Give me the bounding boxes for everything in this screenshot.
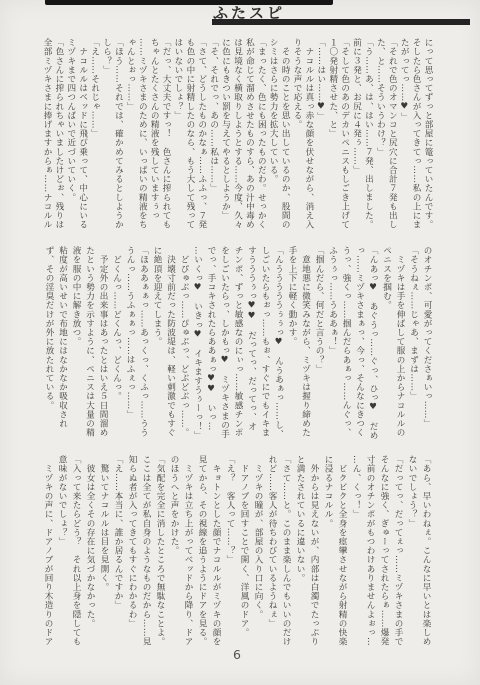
text-column: 「んうううううぅぅっ♥ んうあぁっ……し、 <box>271 246 285 443</box>
text-column: ず、その淫臭だけが外に放たれている。 <box>42 246 56 443</box>
text-column: 「そして色のあのデカいペニスもしごき上げて <box>338 38 350 238</box>
text-column: 「そうねぇ……じゃあ、まずは……」 <box>406 246 420 443</box>
text-column: に浸るナコルル。 <box>321 455 335 651</box>
text-column: ナコルルは真っ赤な顔を伏せながら、消え入 <box>302 38 314 238</box>
text-column: 「まったく、色にも困ったものだわ。せっかく <box>254 38 266 238</box>
text-column: ……ミヅキさまのために、いっぱいの精液をち <box>135 38 147 238</box>
text-column: ビクビクと全身を痙攣させながら射精の快楽 <box>335 455 349 651</box>
text-column: ミヅキの瞳が、部屋の入り口に向く。 <box>251 455 265 651</box>
text-column: 予定外の出来事はあったとはいえ５日間溜め <box>96 246 110 443</box>
text-column: たがってっ……♥」 <box>397 38 409 238</box>
text-column: 「ほああぁぁっ……あっくっ、くふっ……うう <box>136 246 150 443</box>
text-column: に色にもきつい罰を与えてやるとしようか」 <box>219 38 231 238</box>
text-column: ミヅキの声に、ドアノブが回り木造りのドア <box>41 455 55 651</box>
text-column: も色の中に射精したのなら、もう大して残って <box>183 38 195 238</box>
text-column: 外からは見えないが、内部は白濁でたっぷり <box>307 455 321 651</box>
text-column: 「掴んだら、何だと言うの？」 <box>312 246 326 443</box>
text-column: 前に３発と、お尻に４発ぅ……」 <box>350 38 362 238</box>
text-column: のオチンポ、可愛がってくださぁいっ……」 <box>420 246 434 443</box>
text-column: 私が命じて溜めさせたものすら、あの汁中毒め <box>243 38 255 238</box>
text-column: ちゃんとたくさんの精液を残していますぅっ <box>147 38 159 238</box>
text-column: 液を服の中に解き放つ。 <box>69 246 83 443</box>
text-column: たという勢力を示すように、ペニスは大量の精 <box>82 246 96 443</box>
text-column: ミヅキは立ち上がってベッドから降り、ドア <box>181 455 195 651</box>
text-column: 「入って来たらどう？ それ以上身を隠しても <box>69 455 83 651</box>
title-underline-bar <box>212 19 470 25</box>
text-column: 「だってっ、だってぇっ……ミヅキさまの手で <box>391 455 405 651</box>
text-column: りそうな声で応える。 <box>290 38 302 238</box>
text-column: た、と……そういうわけ？」 <box>373 38 385 238</box>
text-column: れど……客人が待ちわびているようねぇ」 <box>265 455 279 651</box>
text-column: …いくっ♥ いきっ♥ イキますうぅーっ！」 <box>190 246 204 443</box>
text-column: はいないでしょ？」 <box>171 38 183 238</box>
text-column: 粘度が高いせいで布地にはなかなか吸収され <box>55 246 69 443</box>
text-column: 「え？ 客人って……？」 <box>223 455 237 651</box>
text-column: 手を上下に軽く動かす。 <box>285 246 299 443</box>
text-column: そんなに強く、ぎゅーってされたらぁ……爆発 <box>377 455 391 651</box>
text-column: キョトンとした顔でナコルルがミヅキの顔を <box>209 455 223 651</box>
text-column: 「んあっ♥ あぐうっ……ぐっ、ひっ♥ だめ <box>366 246 380 443</box>
text-column: 意味がないでしょ？」 <box>55 455 69 651</box>
text-column: をしごいたらっ、しかもっ♥ ミヅキさまの手 <box>217 246 231 443</box>
text-column: 知らぬ者が入ってきてもすぐにわかるわ」 <box>125 455 139 651</box>
text-column: ふうぅっ……うああぁ！」 <box>325 246 339 443</box>
text-column: ゃんとぉっ……」 <box>123 38 135 238</box>
text-column: すうううぅっ♥♥ だってっ、だってっ、オ <box>244 246 258 443</box>
text-band-top: にって思ってずっと部屋に篭っていたんです。そしたら色さんが入ってきてっ……私の上… <box>40 38 433 238</box>
text-column: うっ、強くっ……掴んだらあぁっ……んぐっ、 <box>339 246 353 443</box>
text-column: でっ、手コキされたらああぁっ♥♥ いっ… <box>204 246 218 443</box>
text-column: 決壊寸前だった防波堤は、軽い刺激でもすぐ <box>163 246 177 443</box>
text-column: ドアノブを回すことで開く、洋風のドア。 <box>237 455 251 651</box>
text-column: 「え……本当に、誰か居るんですか」 <box>111 455 125 651</box>
text-column: ないでしょう？」 <box>405 455 419 651</box>
text-column: のほうへと声をかけた。 <box>167 455 181 651</box>
text-column: 「え……それじゃ……」 <box>88 38 100 238</box>
text-band-bottom: 「あら、早いわねぇ。こんなに早いとは楽しめないでしょう？」「だってっ、だってぇっ… <box>40 455 433 651</box>
text-column: 意地悪に微笑みながら、ミヅキは握り締めた <box>298 246 312 443</box>
text-column: っ……ミヅキさまぁっ、今っ、そんなにきつく <box>352 246 366 443</box>
text-column: 寸前のオチンポがもつわけありませんよぉっ… <box>363 455 377 651</box>
text-column: 「……はい……♥」 <box>314 38 326 238</box>
text-column: どくんっ……どくんっ、どくんっ。 <box>109 246 123 443</box>
text-column: 「気配を完全に消したところで無駄なことよ。 <box>153 455 167 651</box>
text-column: 驚いてナコルルは目を見開く。 <box>97 455 111 651</box>
text-column: シミはさらに勢力を拡大している。 <box>266 38 278 238</box>
text-column: は見境なく横取りしようとする……今度、久々 <box>231 38 243 238</box>
text-column: 「色さんに搾られちゃいましたけどぉ、残りは <box>52 38 64 238</box>
text-column: ミヅキまで四つんばいで近づいていく。 <box>64 38 76 238</box>
text-band-middle: のオチンポ、可愛がってくださぁいっ……」「そうねぇ……じゃあ、まずは……」 ミヅ… <box>40 246 433 443</box>
text-column: 見てから、その視線を追うようにドアを見る。 <box>195 455 209 651</box>
text-column: 「あら、早いわねぇ。こんなに早いとは楽しめ <box>419 455 433 651</box>
text-column: 「そ、それでっ、あの……私は……」 <box>207 38 219 238</box>
text-column: １〇発射精させた、と」 <box>326 38 338 238</box>
text-column: そしたら色さんが入ってきてっ……私の上にま <box>409 38 421 238</box>
scanned-page: ふたスピ にって思ってずっと部屋に篭っていたんです。そしたら色さんが入ってきてっ… <box>0 0 480 685</box>
text-column: 彼女は全くその存在に気づかなかった。 <box>83 455 97 651</box>
text-column: 「だっ、大丈夫ですっ！ 色さんに搾られても <box>159 38 171 238</box>
text-column: ナコルルはベッドに飛び乗って、中心にいる <box>76 38 88 238</box>
text-column: しら？」 <box>100 38 112 238</box>
text-column: しごいたらもぉっ……もぉ、すぐにでもイキま <box>258 246 272 443</box>
text-column: 「それで色のオマンコと尻穴に合計７発も出し <box>385 38 397 238</box>
text-column: チンポ、ずっと敏感なのにぃっ……敏感チンポ <box>231 246 245 443</box>
text-column: 「さて、どうしたものかなぁ……ふふっ、７発 <box>195 38 207 238</box>
text-column: に絶頂を迎えてしまう。 <box>150 246 164 443</box>
text-column: どぴゅぶっ……ぴゅぶっ、どぶどぶっ……。 <box>177 246 191 443</box>
text-column: 全部ミヅキさまに捧げますからぁ……ナコルル <box>40 38 52 238</box>
text-column: 「う……あ、は、はい……７発、出しました。 <box>362 38 374 238</box>
text-column: にって思ってずっと部屋に篭っていたんです。 <box>421 38 433 238</box>
text-column: ミヅキは手を伸ばして服の上からナコルルの <box>393 246 407 443</box>
text-column: うんっ……うふぁぁっ……はふぇっ……」 <box>123 246 137 443</box>
page-number: 6 <box>0 647 474 662</box>
text-column: その時のことを思い出しているのか、股間の <box>278 38 290 238</box>
text-column: と満たされているに違いない。 <box>293 455 307 651</box>
text-column: ペニスを掴む。 <box>379 246 393 443</box>
text-column: 「さて……と。このまま楽しんでもいいのだけ <box>279 455 293 651</box>
text-column: 「ほう……それでは、確かめてみるとしようか <box>112 38 124 238</box>
scan-edge-bar <box>45 0 333 5</box>
text-column: …ん、くっ！」 <box>349 455 363 651</box>
text-column: ここは全てが私自身のようなものだから……見 <box>139 455 153 651</box>
